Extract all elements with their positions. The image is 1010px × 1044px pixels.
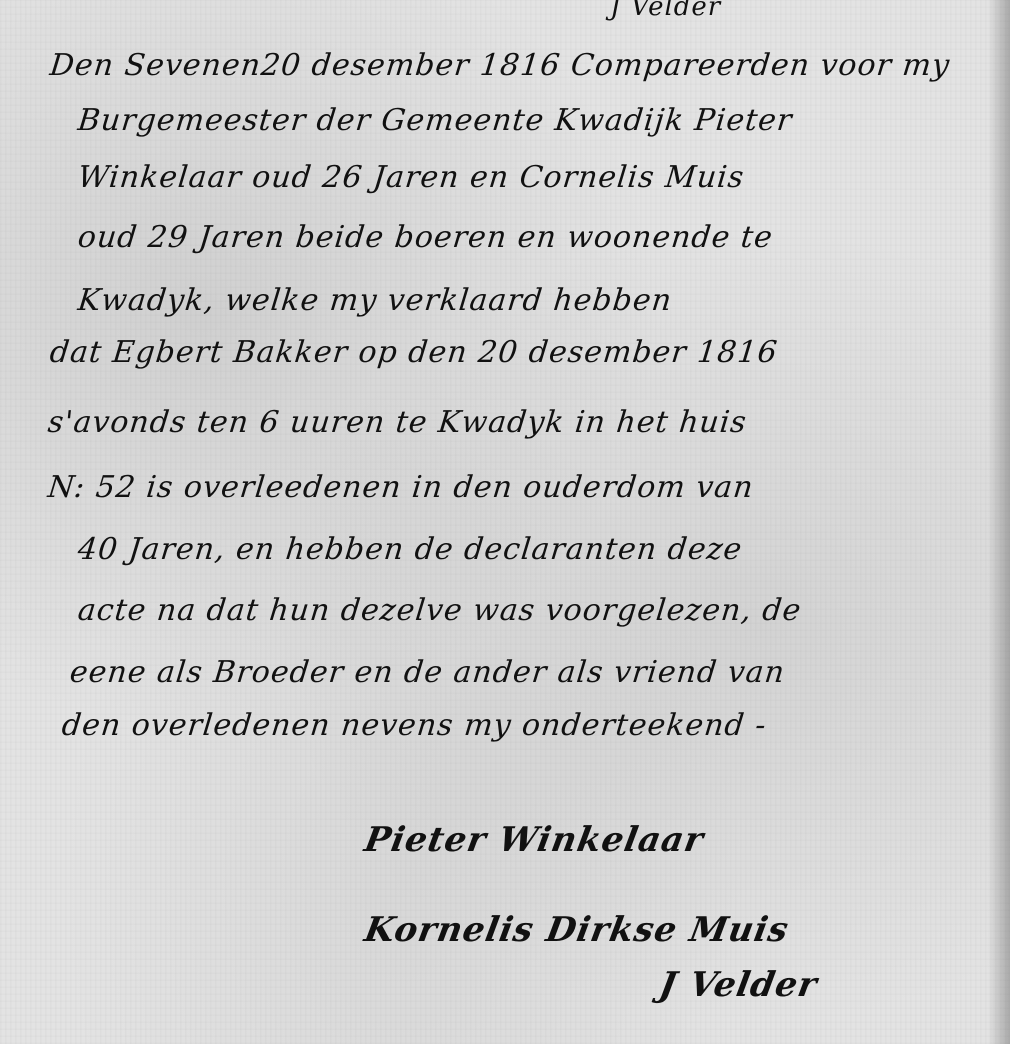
body-line-8: N: 52 is overleedenen in den ouderdom va… bbox=[46, 470, 755, 505]
signature-1: Pieter Winkelaar bbox=[361, 820, 707, 860]
body-line-6: dat Egbert Bakker op den 20 desember 181… bbox=[48, 335, 779, 370]
body-line-12: den overledenen nevens my onderteekend - bbox=[60, 708, 768, 743]
signature-3: J Velder bbox=[656, 965, 820, 1005]
body-line-7: s'avonds ten 6 uuren te Kwadyk in het hu… bbox=[46, 405, 749, 440]
body-line-9: 40 Jaren, en hebben de declaranten deze bbox=[76, 532, 744, 567]
body-line-3: Winkelaar oud 26 Jaren en Cornelis Muis bbox=[76, 160, 746, 195]
body-line-1: Den Sevenen20 desember 1816 Compareerden… bbox=[48, 48, 952, 83]
page-edge-shadow bbox=[988, 0, 1010, 1044]
document-page: J Velder Den Sevenen20 desember 1816 Com… bbox=[0, 0, 1010, 1044]
body-line-4: oud 29 Jaren beide boeren en woonende te bbox=[76, 220, 775, 255]
body-line-10: acte na dat hun dezelve was voorgelezen,… bbox=[76, 593, 803, 628]
body-line-11: eene als Broeder en de ander als vriend … bbox=[68, 655, 787, 690]
body-line-5: Kwadyk, welke my verklaard hebben bbox=[76, 283, 674, 318]
signature-2: Kornelis Dirkse Muis bbox=[361, 910, 792, 950]
margin-note: J Velder bbox=[610, 0, 721, 22]
body-line-2: Burgemeester der Gemeente Kwadijk Pieter bbox=[76, 103, 794, 138]
